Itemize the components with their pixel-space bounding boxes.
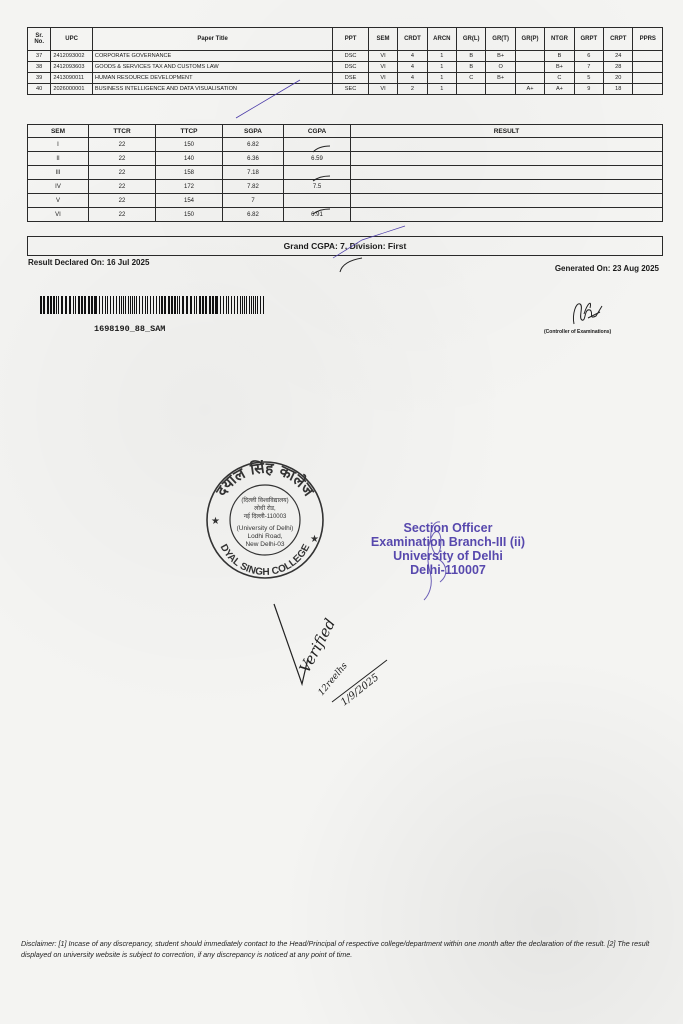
pprs: [633, 73, 663, 84]
arcn: 1: [427, 51, 456, 62]
col-grp: GR(P): [515, 28, 544, 51]
result: [351, 180, 663, 194]
svg-text:(दिल्ली विश्वविद्यालय): (दिल्ली विश्वविद्यालय): [241, 496, 288, 504]
cgpa: 7.5: [284, 180, 351, 194]
papers-header-row: Sr. No. UPC Paper Title PPT SEM CRDT ARC…: [28, 28, 663, 51]
upc-code: 2412093603: [51, 62, 93, 73]
sr-no: 39: [28, 73, 51, 84]
result: [351, 166, 663, 180]
col-pprs: PPRS: [633, 28, 663, 51]
col-crpt: CRPT: [604, 28, 633, 51]
officer-line-4: Delhi-110007: [366, 563, 530, 577]
controller-of-examinations-label: (Controller of Examinations): [544, 329, 611, 335]
controller-signature-icon: [566, 296, 606, 328]
credit-point: 28: [604, 62, 633, 73]
officer-line-3: University of Delhi: [366, 549, 530, 563]
total-credit-points: 150: [156, 208, 223, 222]
ppt: DSC: [333, 62, 369, 73]
col-grl: GR(L): [457, 28, 486, 51]
semester: I: [28, 138, 89, 152]
col-upc: UPC: [51, 28, 93, 51]
sgpa: 7.82: [223, 180, 284, 194]
total-credit-points: 140: [156, 152, 223, 166]
upc-code: 2026000001: [51, 84, 93, 95]
semester-row: V 22 154 7: [28, 194, 663, 208]
credits: 4: [398, 51, 427, 62]
cgpa: 6.91: [284, 208, 351, 222]
barcode-id: 1698190_88_SAM: [94, 324, 165, 334]
credit-point: 20: [604, 73, 633, 84]
total-credit-points: 154: [156, 194, 223, 208]
arcn: 1: [427, 62, 456, 73]
semester-row: I 22 150 6.82: [28, 138, 663, 152]
grade-practical: [515, 62, 544, 73]
grade-practical: [515, 51, 544, 62]
arcn: 1: [427, 73, 456, 84]
col-arcn: ARCN: [427, 28, 456, 51]
grade-point: 5: [574, 73, 603, 84]
cgpa: [284, 138, 351, 152]
upc-code: 2413090011: [51, 73, 93, 84]
col-crdt: CRDT: [398, 28, 427, 51]
paper-row: 39 2413090011 HUMAN RESOURCE DEVELOPMENT…: [28, 73, 663, 84]
net-grade: C: [545, 73, 574, 84]
credits: 2: [398, 84, 427, 95]
grade-lecture: C: [457, 73, 486, 84]
ppt: SEC: [333, 84, 369, 95]
pprs: [633, 51, 663, 62]
col-grpt: GRPT: [574, 28, 603, 51]
upc-code: 2412093002: [51, 51, 93, 62]
pprs: [633, 84, 663, 95]
net-grade: B+: [545, 62, 574, 73]
paper-title: CORPORATE GOVERNANCE: [92, 51, 332, 62]
total-credits: 22: [89, 208, 156, 222]
sem: VI: [368, 84, 397, 95]
grade-practical: A+: [515, 84, 544, 95]
grade-tutorial: [486, 84, 515, 95]
cgpa: [284, 166, 351, 180]
result: [351, 194, 663, 208]
grade-practical: [515, 73, 544, 84]
result: [351, 152, 663, 166]
semester-row: III 22 158 7.18: [28, 166, 663, 180]
semester-row: IV 22 172 7.82 7.5: [28, 180, 663, 194]
paper-row: 40 2026000001 BUSINESS INTELLIGENCE AND …: [28, 84, 663, 95]
grand-cgpa: Grand CGPA: 7, Division: First: [27, 236, 663, 256]
credit-point: 24: [604, 51, 633, 62]
pprs: [633, 62, 663, 73]
grade-tutorial: B+: [486, 51, 515, 62]
col-ttcr: TTCR: [89, 125, 156, 138]
total-credits: 22: [89, 138, 156, 152]
credits: 4: [398, 62, 427, 73]
officer-line-2: Examination Branch-III (ii): [366, 535, 530, 549]
result: [351, 138, 663, 152]
college-stamp-icon: दयाल सिंह कालेज DYAL SINGH COLLEGE ★ ★ (…: [200, 460, 330, 590]
sgpa: 6.36: [223, 152, 284, 166]
col-ttcp: TTCP: [156, 125, 223, 138]
svg-text:नई दिल्ली-110003: नई दिल्ली-110003: [244, 512, 287, 520]
col-ppt: PPT: [333, 28, 369, 51]
total-credits: 22: [89, 166, 156, 180]
credit-point: 18: [604, 84, 633, 95]
ppt: DSE: [333, 73, 369, 84]
svg-text:Verified: Verified: [296, 616, 339, 676]
paper-title: BUSINESS INTELLIGENCE AND DATA VISUALISA…: [92, 84, 332, 95]
svg-text:दयाल सिंह कालेज: दयाल सिंह कालेज: [212, 460, 319, 500]
verified-handwriting-icon: Verified 12reelhs 1/9/2025: [252, 598, 412, 708]
svg-text:1/9/2025: 1/9/2025: [339, 672, 381, 708]
semester: IV: [28, 180, 89, 194]
svg-text:New Delhi-03: New Delhi-03: [245, 541, 284, 548]
col-sr-no: Sr. No.: [28, 28, 51, 51]
svg-text:Lodhi Road,: Lodhi Road,: [247, 533, 282, 540]
semester-header-row: SEM TTCR TTCP SGPA CGPA RESULT: [28, 125, 663, 138]
barcode: [40, 296, 266, 314]
section-officer-stamp: Section Officer Examination Branch-III (…: [366, 521, 530, 577]
col-sem: SEM: [368, 28, 397, 51]
svg-text:★: ★: [310, 534, 319, 545]
officer-line-1: Section Officer: [366, 521, 530, 535]
col-grt: GR(T): [486, 28, 515, 51]
svg-text:★: ★: [211, 516, 220, 527]
papers-table: Sr. No. UPC Paper Title PPT SEM CRDT ARC…: [27, 27, 663, 95]
result: [351, 208, 663, 222]
cgpa: [284, 194, 351, 208]
sgpa: 6.82: [223, 208, 284, 222]
sgpa: 7.18: [223, 166, 284, 180]
paper-title: HUMAN RESOURCE DEVELOPMENT: [92, 73, 332, 84]
grade-lecture: B: [457, 62, 486, 73]
sgpa: 6.82: [223, 138, 284, 152]
arcn: 1: [427, 84, 456, 95]
net-grade: B: [545, 51, 574, 62]
paper-title: GOODS & SERVICES TAX AND CUSTOMS LAW: [92, 62, 332, 73]
sem: VI: [368, 73, 397, 84]
paper-row: 38 2412093603 GOODS & SERVICES TAX AND C…: [28, 62, 663, 73]
net-grade: A+: [545, 84, 574, 95]
total-credits: 22: [89, 180, 156, 194]
sr-no: 38: [28, 62, 51, 73]
cgpa: 6.59: [284, 152, 351, 166]
sr-no: 37: [28, 51, 51, 62]
total-credit-points: 172: [156, 180, 223, 194]
result-declared-date: Result Declared On: 16 Jul 2025: [28, 258, 149, 267]
grade-lecture: B: [457, 51, 486, 62]
semester: VI: [28, 208, 89, 222]
semester: III: [28, 166, 89, 180]
grade-tutorial: B+: [486, 73, 515, 84]
sem: VI: [368, 62, 397, 73]
grade-point: 9: [574, 84, 603, 95]
grade-tutorial: O: [486, 62, 515, 73]
disclaimer-text: Disclaimer: [1] Incase of any discrepanc…: [21, 938, 661, 960]
total-credit-points: 158: [156, 166, 223, 180]
svg-text:लोधी रोड,: लोधी रोड,: [254, 504, 276, 512]
ppt: DSC: [333, 51, 369, 62]
paper-row: 37 2412093002 CORPORATE GOVERNANCE DSC V…: [28, 51, 663, 62]
semester-row: VI 22 150 6.82 6.91: [28, 208, 663, 222]
col-cgpa: CGPA: [284, 125, 351, 138]
credits: 4: [398, 73, 427, 84]
col-result: RESULT: [351, 125, 663, 138]
semester: II: [28, 152, 89, 166]
generated-date: Generated On: 23 Aug 2025: [555, 264, 659, 273]
col-paper-title: Paper Title: [92, 28, 332, 51]
semester-row: II 22 140 6.36 6.59: [28, 152, 663, 166]
total-credit-points: 150: [156, 138, 223, 152]
total-credits: 22: [89, 194, 156, 208]
col-ntgr: NTGR: [545, 28, 574, 51]
semester-summary-table: SEM TTCR TTCP SGPA CGPA RESULT I 22 150 …: [27, 124, 663, 222]
grade-point: 7: [574, 62, 603, 73]
grade-lecture: [457, 84, 486, 95]
sem: VI: [368, 51, 397, 62]
svg-text:(University of Delhi): (University of Delhi): [237, 525, 294, 532]
col-sgpa: SGPA: [223, 125, 284, 138]
sr-no: 40: [28, 84, 51, 95]
sgpa: 7: [223, 194, 284, 208]
col-sem: SEM: [28, 125, 89, 138]
semester: V: [28, 194, 89, 208]
grade-point: 6: [574, 51, 603, 62]
total-credits: 22: [89, 152, 156, 166]
